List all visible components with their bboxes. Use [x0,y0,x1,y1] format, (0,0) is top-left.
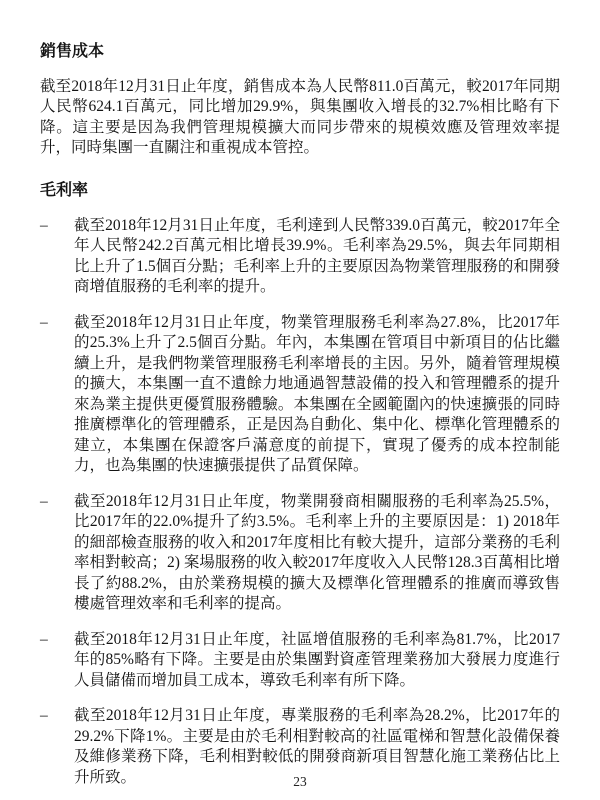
bullet-item-community-vas: – 截至2018年12月31日止年度，社區增值服務的毛利率為81.7%，比201… [40,630,560,692]
gross-margin-bullet-list: – 截至2018年12月31日止年度，毛利達到人民幣339.0百萬元，較2017… [40,216,560,789]
section-heading-gross-margin: 毛利率 [40,181,560,202]
cost-of-sales-paragraph: 截至2018年12月31日止年度，銷售成本為人民幣811.0百萬元，較2017年… [40,77,560,159]
bullet-item-overall-gross-profit: – 截至2018年12月31日止年度，毛利達到人民幣339.0百萬元，較2017… [40,216,560,298]
bullet-item-developer-services: – 截至2018年12月31日止年度，物業開發商相關服務的毛利率為25.5%，比… [40,492,560,615]
bullet-text: 截至2018年12月31日止年度，物業管理服務毛利率為27.8%，比2017年的… [74,313,560,477]
bullet-item-property-management: – 截至2018年12月31日止年度，物業管理服務毛利率為27.8%，比2017… [40,313,560,477]
bullet-dash-marker: – [40,492,74,615]
bullet-dash-marker: – [40,630,74,692]
bullet-dash-marker: – [40,216,74,298]
page-number: 23 [0,774,600,790]
bullet-dash-marker: – [40,313,74,477]
bullet-text: 截至2018年12月31日止年度，毛利達到人民幣339.0百萬元，較2017年全… [74,216,560,298]
section-heading-cost-of-sales: 銷售成本 [40,42,560,63]
bullet-text: 截至2018年12月31日止年度，社區增值服務的毛利率為81.7%，比2017年… [74,630,560,692]
document-page: 銷售成本 截至2018年12月31日止年度，銷售成本為人民幣811.0百萬元，較… [0,0,600,800]
bullet-text: 截至2018年12月31日止年度，物業開發商相關服務的毛利率為25.5%，比20… [74,492,560,615]
